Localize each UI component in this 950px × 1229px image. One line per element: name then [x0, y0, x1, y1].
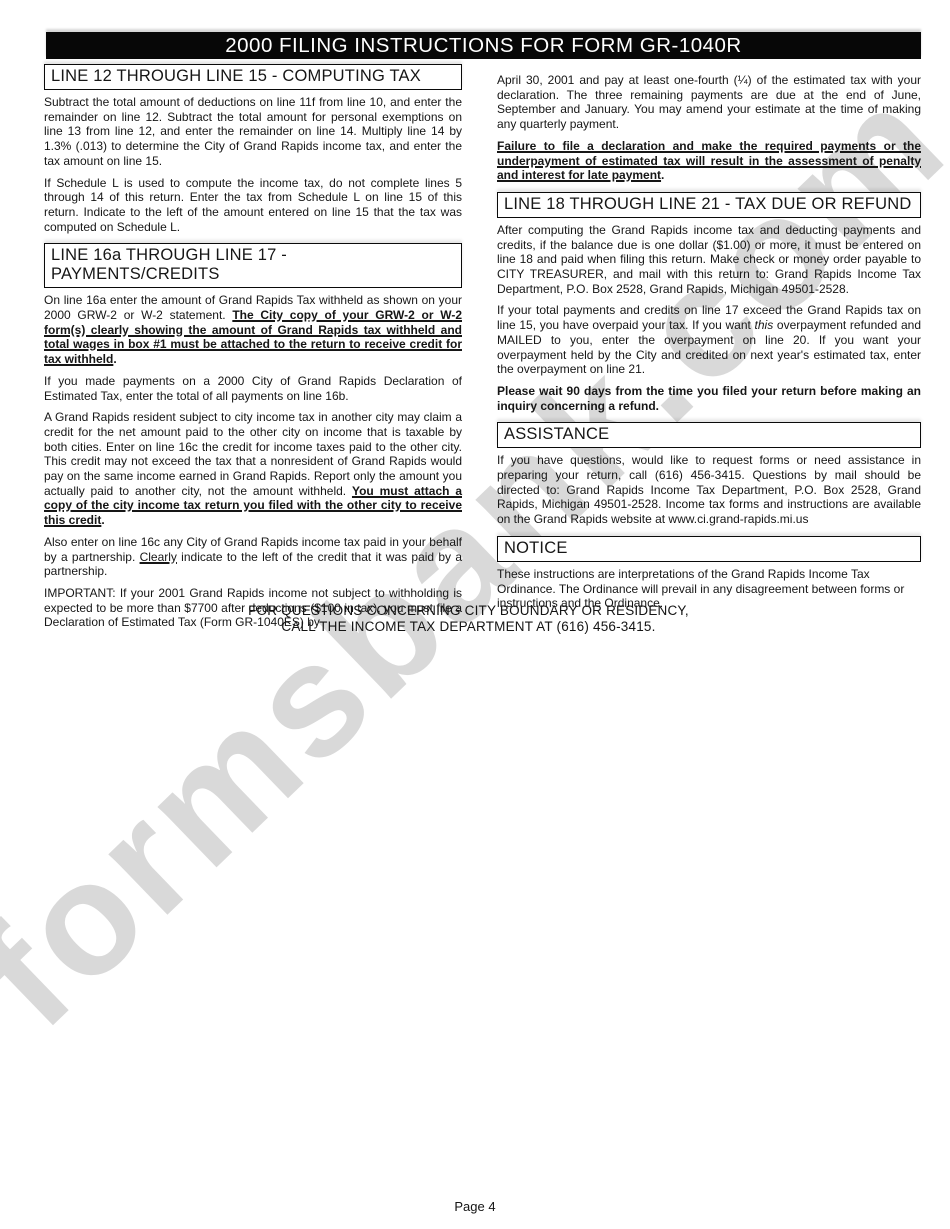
- document-page: formsbank.com 2000 FILING INSTRUCTIONS F…: [0, 0, 950, 1229]
- paragraph-partnership-credit: Also enter on line 16c any City of Grand…: [44, 535, 462, 579]
- paragraph-other-city-credit: A Grand Rapids resident subject to city …: [44, 410, 462, 528]
- section-heading-assistance: ASSISTANCE: [497, 422, 921, 448]
- paragraph-april-payments: April 30, 2001 and pay at least one-four…: [497, 73, 921, 132]
- left-column: LINE 12 THROUGH LINE 15 - COMPUTING TAX …: [44, 64, 462, 637]
- paragraph-overpayment: If your total payments and credits on li…: [497, 303, 921, 377]
- paragraph-after-computing: After computing the Grand Rapids income …: [497, 223, 921, 297]
- paragraph-schedule-l: If Schedule L is used to compute the inc…: [44, 176, 462, 235]
- two-column-body: LINE 12 THROUGH LINE 15 - COMPUTING TAX …: [44, 64, 921, 637]
- page-title: 2000 FILING INSTRUCTIONS FOR FORM GR-104…: [46, 32, 921, 59]
- paragraph-refund-wait: Please wait 90 days from the time you fi…: [497, 384, 921, 413]
- right-column: April 30, 2001 and pay at least one-four…: [497, 64, 921, 637]
- boundary-residency-line1: FOR QUESTIONS CONCERNING CITY BOUNDARY O…: [30, 603, 907, 619]
- section-heading-notice: NOTICE: [497, 536, 921, 562]
- boundary-residency-line2: CALL THE INCOME TAX DEPARTMENT AT (616) …: [30, 619, 907, 635]
- paragraph-failure-to-file: Failure to file a declaration and make t…: [497, 139, 921, 183]
- paragraph-subtract-deductions: Subtract the total amount of deductions …: [44, 95, 462, 169]
- paragraph-estimated-payments: If you made payments on a 2000 City of G…: [44, 374, 462, 403]
- boundary-residency-note: FOR QUESTIONS CONCERNING CITY BOUNDARY O…: [30, 603, 907, 635]
- page-number: Page 4: [0, 1199, 950, 1214]
- section-heading-payments-credits: LINE 16a THROUGH LINE 17 - PAYMENTS/CRED…: [44, 243, 462, 288]
- section-heading-computing-tax: LINE 12 THROUGH LINE 15 - COMPUTING TAX: [44, 64, 462, 90]
- paragraph-assistance: If you have questions, would like to req…: [497, 453, 921, 527]
- paragraph-withholding: On line 16a enter the amount of Grand Ra…: [44, 293, 462, 367]
- section-heading-tax-due-refund: LINE 18 THROUGH LINE 21 - TAX DUE OR REF…: [497, 192, 921, 218]
